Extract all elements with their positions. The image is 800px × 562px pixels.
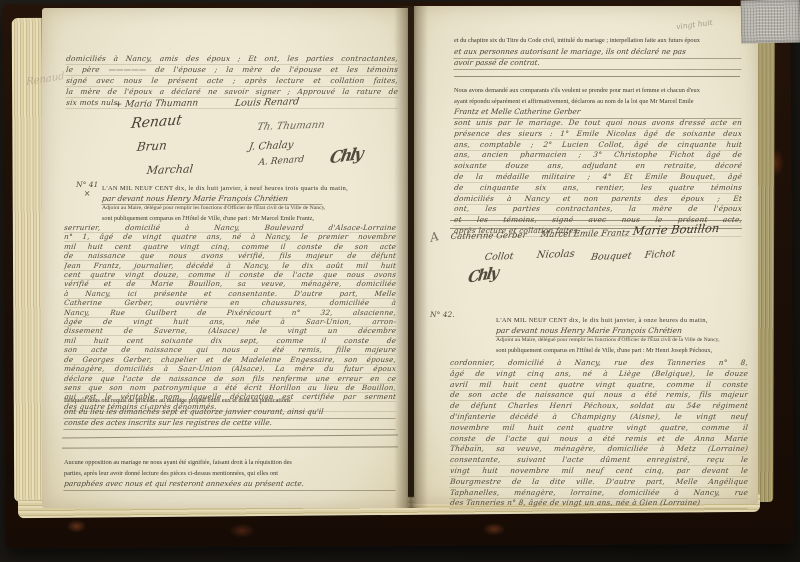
signature-th-thumann: Th. Thumann xyxy=(256,120,326,133)
text-line: de défunt Charles Henri Péchoux, soldat … xyxy=(449,401,748,412)
officer-paraph: Chly xyxy=(328,143,363,167)
signature-chalay: J. Chalay xyxy=(248,140,294,153)
text-line: par devant nous Henry Marie François Chr… xyxy=(495,326,682,337)
separator-rule xyxy=(454,76,740,77)
text-line: Adjoint au Maire, délégué pour remplir l… xyxy=(496,336,744,346)
text-line: de son acte de naissance qui nous a été … xyxy=(449,390,748,401)
text-line: ont eu lieu les dimanches sept et quator… xyxy=(63,407,396,419)
text-line: sont publiquement comparus en l'Hôtel de… xyxy=(102,214,396,224)
text-line: par devant nous Henry Marie François Chr… xyxy=(101,194,323,205)
signature-catherine-gerber: Catherine Gerber xyxy=(450,231,527,242)
union-paragraph: sont unis par le mariage. De tout quoi n… xyxy=(454,118,742,237)
text-line: sens que son nom patronymique a été écri… xyxy=(64,384,397,393)
text-line: paraphées avec nous et qui resteront ann… xyxy=(63,479,396,491)
act41-intro: L'AN MIL NEUF CENT dix, le dix huit janv… xyxy=(102,184,396,223)
text-line: sont unis par le mariage. De tout quoi n… xyxy=(453,118,742,129)
text-line: de cinquante six ans, rentier, les quatr… xyxy=(453,183,742,194)
signature-collot: Collot xyxy=(484,251,514,263)
text-line: des Tanneries n° 8, âgée de vingt un ans… xyxy=(449,498,748,509)
signature-maria-thumann: + Maria Thumann xyxy=(114,99,199,110)
text-line: Bourgmestre de la dite ville. D'autre pa… xyxy=(449,477,748,488)
text-line: vérifié et de Marie Bouillon, sa veuve, … xyxy=(64,280,397,289)
text-line: d'infanterie décédé à Champigny (Aisne),… xyxy=(449,412,748,423)
signature-brun: Brun xyxy=(136,138,168,154)
photograph-of-marriage-register: Renaud domiciliés à Nancy, amis des épou… xyxy=(0,0,800,562)
text-line: conste des actes inscrits sur les regist… xyxy=(63,418,396,430)
text-line: Nancy, Rue Guilbert de Pixérécourt n° 32… xyxy=(64,309,397,318)
text-line: Catherine Gerber, ouvrière en chaussures… xyxy=(64,299,397,308)
pencil-folio-note: vingt huit xyxy=(676,18,714,31)
text-line: la mère de l'époux a déclaré ne savoir s… xyxy=(65,87,398,98)
signature-fichot: Fichot xyxy=(644,248,676,261)
text-line: Frantz et Melle Catherine Gerber xyxy=(453,107,742,119)
signature-nicolas: Nicolas xyxy=(536,249,575,261)
text-line: domiciliés à Nancy, amis des époux ; Et … xyxy=(65,54,398,65)
act41-body: serrurier, domicilié à Nancy, Boulevard … xyxy=(64,224,396,412)
text-line: avoir passé de contrat. xyxy=(453,58,742,70)
text-line: ans, ancien pharmacien ; 3° Christophe F… xyxy=(453,150,742,161)
left-page: Renaud domiciliés à Nancy, amis des épou… xyxy=(42,8,408,508)
text-line: L'AN MIL NEUF CENT dix, le dix huit janv… xyxy=(496,316,744,326)
text-line: ayant répondu séparément et affirmativem… xyxy=(454,97,742,108)
declaration-paragraph: Nous avons demandé aux comparants s'ils … xyxy=(454,86,742,119)
text-line: cordonnier, domicilié à Nancy, rue des T… xyxy=(449,358,748,369)
text-line: Jean Frantz, journalier, décédé à Nancy,… xyxy=(64,262,397,271)
text-line: à Nancy, ici présente et consentante. D'… xyxy=(64,290,397,299)
act42-intro: L'AN MIL NEUF CENT dix, le dix huit janv… xyxy=(496,316,744,355)
text-line: vingt huit novembre mil neuf cent cinq, … xyxy=(449,466,748,477)
separator-rule xyxy=(62,435,398,439)
text-line: et aux personnes autorisant le mariage, … xyxy=(453,47,742,59)
text-line: âgé de vingt cinq ans, né à Liège (Belgi… xyxy=(449,369,748,380)
signature-a-renard: A. Renard xyxy=(258,155,305,168)
text-line: présence des sieurs : 1° Emile Nicolas â… xyxy=(453,129,742,140)
right-page: vingt huit et du chapitre six du Titre d… xyxy=(414,6,758,504)
text-line: consentante, suivant l'acte dûment enreg… xyxy=(449,455,748,466)
officer-paraph: Chly xyxy=(467,263,498,287)
text-line: serrurier, domicilié à Nancy, Boulevard … xyxy=(64,224,397,233)
text-line: mil huit cent quatre vingt cinq, comme i… xyxy=(64,243,397,252)
text-line: domiciliés à Nancy et non parents des ép… xyxy=(453,194,742,205)
act-number-label: N° 41 xyxy=(76,180,98,189)
act-number-41: N° 41 × xyxy=(76,180,98,198)
text-line: Thébaïn, sa veuve, ménagère, domiciliée … xyxy=(449,444,748,455)
text-line: avril mil huit cent quatre vingt quatre,… xyxy=(449,380,748,391)
text-line: son acte de naissance qui nous a été rem… xyxy=(64,346,397,355)
separator-rule xyxy=(62,446,398,448)
text-line: ménagère, domiciliés à Saar-Union (Alsac… xyxy=(64,365,397,374)
left-page-fore-edge xyxy=(12,18,45,502)
text-line: et du chapitre six du Titre du Code civi… xyxy=(454,36,742,47)
text-line: conste de l'acte qui nous a été remis et… xyxy=(449,434,748,445)
text-line: novembre mil huit cent quatre vingt quat… xyxy=(449,423,748,434)
text-line: soixante douze ans, adjudant en retraite… xyxy=(453,161,742,172)
signature-marchal: Marchal xyxy=(146,162,194,177)
text-line: de la médaille militaire ; 4° Et Emile B… xyxy=(453,172,742,183)
text-line: de naissance que nous avons vérifié, fil… xyxy=(64,252,397,261)
text-line: Nous avons demandé aux comparants s'ils … xyxy=(454,86,742,97)
text-line: Lesquels nous ont requis de procéder au … xyxy=(64,396,396,407)
text-line: Adjoint au Maire, délégué pour remplir l… xyxy=(102,204,396,214)
text-line: de Georges Gerber, chapelier et de Madel… xyxy=(64,356,397,365)
signature-louis-renard: Louis Renard xyxy=(234,96,300,109)
text-line: mil huit cent soixante dix sept, comme i… xyxy=(64,337,397,346)
signature-bouquet: Bouquet xyxy=(590,251,632,263)
text-line: signé avec nous le présent acte ; après … xyxy=(65,76,398,87)
contract-paragraph: et du chapitre six du Titre du Code civi… xyxy=(454,36,742,70)
text-line: ans, comptable ; 2° Lucien Collot, âgé d… xyxy=(453,140,742,151)
signature-marcel-emile-frantz: Marcel Emile Frantz xyxy=(540,228,630,240)
text-line: dissement de Saverne, (Alsace) le vingt … xyxy=(64,327,397,336)
text-line: déclare que l'acte de naissance de son f… xyxy=(64,375,397,384)
act-number-label: N° 42. xyxy=(430,310,455,319)
requisition-paragraph: Lesquels nous ont requis de procéder au … xyxy=(64,396,396,430)
act42-body: cordonnier, domicilié à Nancy, rue des T… xyxy=(450,358,748,509)
opposition-paragraph: Aucune opposition au mariage ne nous aya… xyxy=(64,458,396,491)
fabric-corner xyxy=(741,0,800,44)
signature-renaut: Renaut xyxy=(130,112,183,132)
text-line: Aucune opposition au mariage ne nous aya… xyxy=(64,458,396,469)
text-line: Taphanelles, ménagère, lorraine, domicil… xyxy=(449,488,748,499)
text-line: sont publiquement comparus en l'Hôtel de… xyxy=(496,346,744,356)
margin-paraph: A xyxy=(428,229,440,245)
act-number-mark: × xyxy=(76,189,98,198)
text-line: ont, les parties contractantes, la mère … xyxy=(453,204,742,215)
text-line: parties, après leur avoir donné lecture … xyxy=(64,469,396,480)
act-number-42: N° 42. xyxy=(430,310,455,319)
text-line: n° 1, âgé de vingt quatre ans, né à Nanc… xyxy=(64,233,397,242)
text-line: L'AN MIL NEUF CENT dix, le dix huit janv… xyxy=(102,184,396,194)
text-line: le père ————— de l'épouse ; la mère de l… xyxy=(65,65,398,76)
